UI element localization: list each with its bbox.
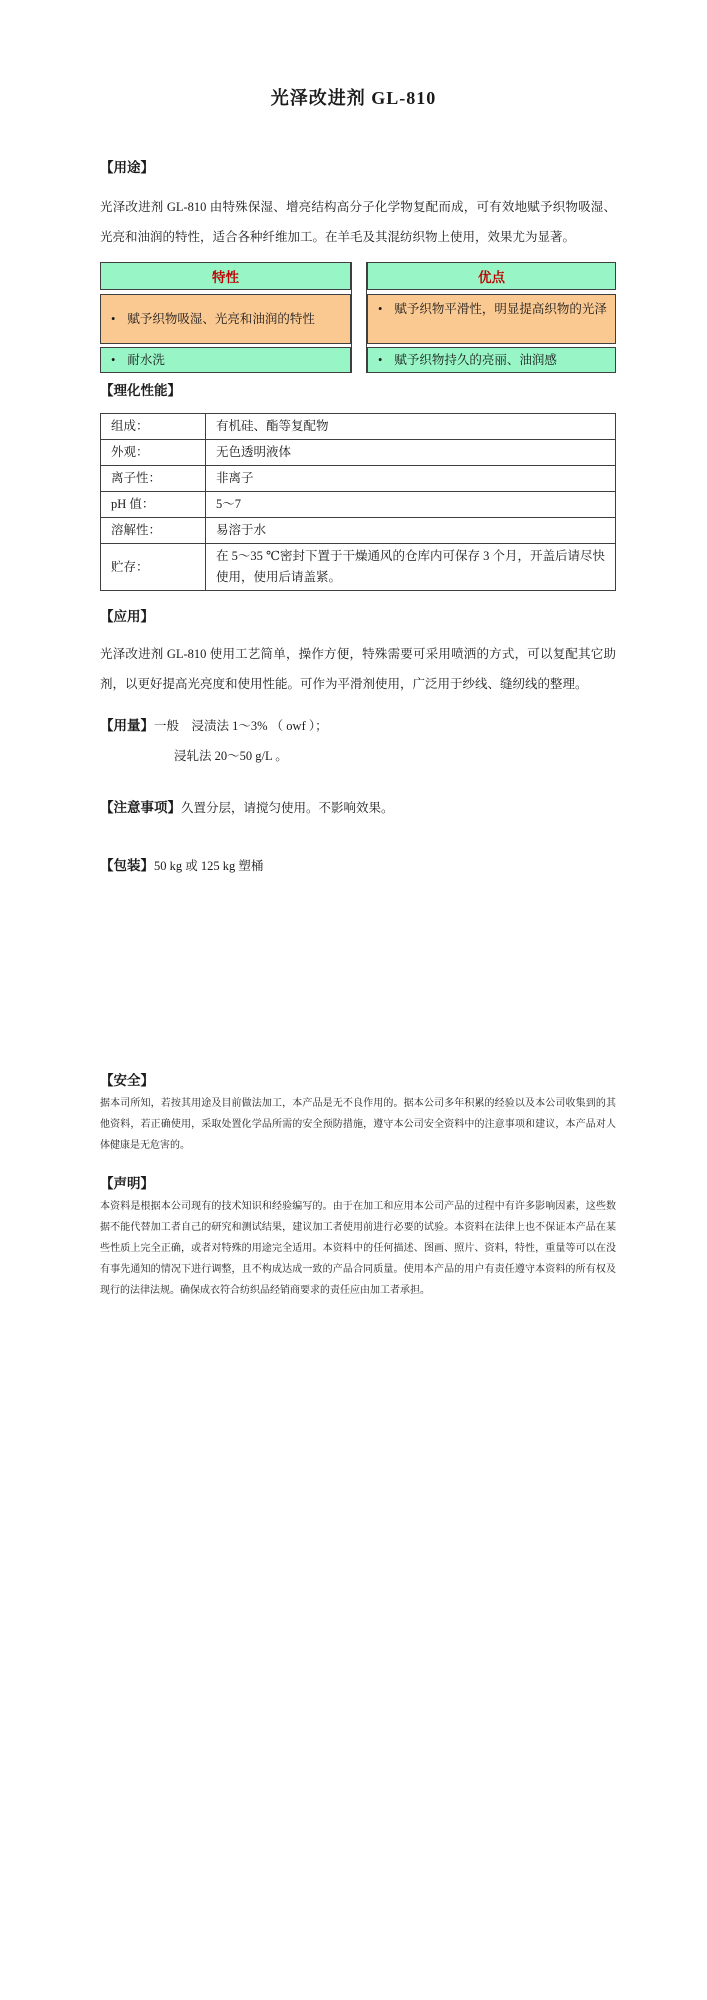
property-value: 在 5～35 ℃密封下置于干燥通风的仓库内可保存 3 个月，开盖后请尽快使用，使… [206,544,616,591]
bullet-icon: • [378,298,382,321]
property-value: 5～7 [206,492,616,518]
table-row: pH 值： 5～7 [101,492,616,518]
property-value: 有机硅、酯等复配物 [206,414,616,440]
feature-table-row2-advantage-cell: • 赋予织物持久的亮丽、油润感 [367,347,616,373]
section-heading-physical-properties: 【理化性能】 [100,379,616,399]
feature-table-row1-advantage-cell: • 赋予织物平滑性，明显提高织物的光泽 [367,294,616,344]
package-line: 【包装】50 kg 或 125 kg 塑桶 [100,851,616,881]
section-heading-usage: 【用途】 [100,156,616,176]
section-heading-package: 【包装】 [100,858,154,873]
document-content: 【用途】 光泽改进剂 GL-810 由特殊保湿、增亮结构高分子化学物复配而成，可… [100,156,616,1301]
property-label: 离子性： [101,466,206,492]
section-heading-safety: 【安全】 [100,1069,616,1089]
feature-table-row2-feature-cell: • 耐水洗 [100,347,351,373]
section-heading-dosage: 【用量】 [100,718,154,733]
feature-table-header-advantage: 优点 [367,262,616,290]
feature-table-cell-text: 赋予织物吸湿、光亮和油润的特性 [127,308,315,331]
property-label: pH 值： [101,492,206,518]
table-row: 组成： 有机硅、酯等复配物 [101,414,616,440]
feature-table-cell-text: 耐水洗 [127,349,165,372]
bullet-icon: • [378,349,382,372]
property-label: 贮存： [101,544,206,591]
feature-table-row1-feature-cell: • 赋予织物吸湿、光亮和油润的特性 [100,294,351,344]
property-label: 外观： [101,440,206,466]
section-heading-statement: 【声明】 [100,1172,616,1192]
property-label: 组成： [101,414,206,440]
bullet-icon: • [111,349,115,372]
section-heading-notice: 【注意事项】 [100,800,181,815]
document-page: 光泽改进剂 GL-810 【用途】 光泽改进剂 GL-810 由特殊保湿、增亮结… [0,0,707,2000]
dosage-line-2: 浸轧法 20～50 g/L 。 [174,741,616,771]
application-paragraph: 光泽改进剂 GL-810 使用工艺简单，操作方便，特殊需要可采用喷洒的方式，可以… [100,639,616,699]
usage-paragraph: 光泽改进剂 GL-810 由特殊保湿、增亮结构高分子化学物复配而成，可有效地赋予… [100,192,616,252]
feature-advantage-table: 特性 优点 • 赋予织物吸湿、光亮和油润的特性 • 赋予织物平滑性，明显提高织物… [100,262,616,373]
feature-table-spacer-column [351,262,367,373]
property-label: 溶解性： [101,518,206,544]
table-row: 外观： 无色透明液体 [101,440,616,466]
feature-table-cell-text: 赋予织物平滑性，明显提高织物的光泽 [394,298,607,321]
table-row: 贮存： 在 5～35 ℃密封下置于干燥通风的仓库内可保存 3 个月，开盖后请尽快… [101,544,616,591]
section-heading-application: 【应用】 [100,605,616,625]
table-row: 溶解性： 易溶于水 [101,518,616,544]
bullet-icon: • [111,308,115,331]
notice-text: 久置分层，请搅匀使用。不影响效果。 [181,801,394,815]
dosage-text: 一般 浸渍法 1～3% （ owf ）； [154,719,328,733]
feature-table-cell-text: 赋予织物持久的亮丽、油润感 [394,349,557,372]
safety-paragraph: 据本司所知，若按其用途及目前做法加工，本产品是无不良作用的。据本公司多年积累的经… [100,1093,616,1156]
feature-table-header-feature: 特性 [100,262,351,290]
package-text: 50 kg 或 125 kg 塑桶 [154,859,263,873]
property-value: 易溶于水 [206,518,616,544]
property-value: 非离子 [206,466,616,492]
property-value: 无色透明液体 [206,440,616,466]
page-title: 光泽改进剂 GL-810 [0,0,707,110]
physical-properties-table: 组成： 有机硅、酯等复配物 外观： 无色透明液体 离子性： 非离子 pH 值： … [100,413,616,591]
statement-paragraph: 本资料是根据本公司现有的技术知识和经验编写的。由于在加工和应用本公司产品的过程中… [100,1196,616,1301]
table-row: 离子性： 非离子 [101,466,616,492]
dosage-line: 【用量】一般 浸渍法 1～3% （ owf ）； [100,711,616,741]
notice-line: 【注意事项】久置分层，请搅匀使用。不影响效果。 [100,793,616,823]
